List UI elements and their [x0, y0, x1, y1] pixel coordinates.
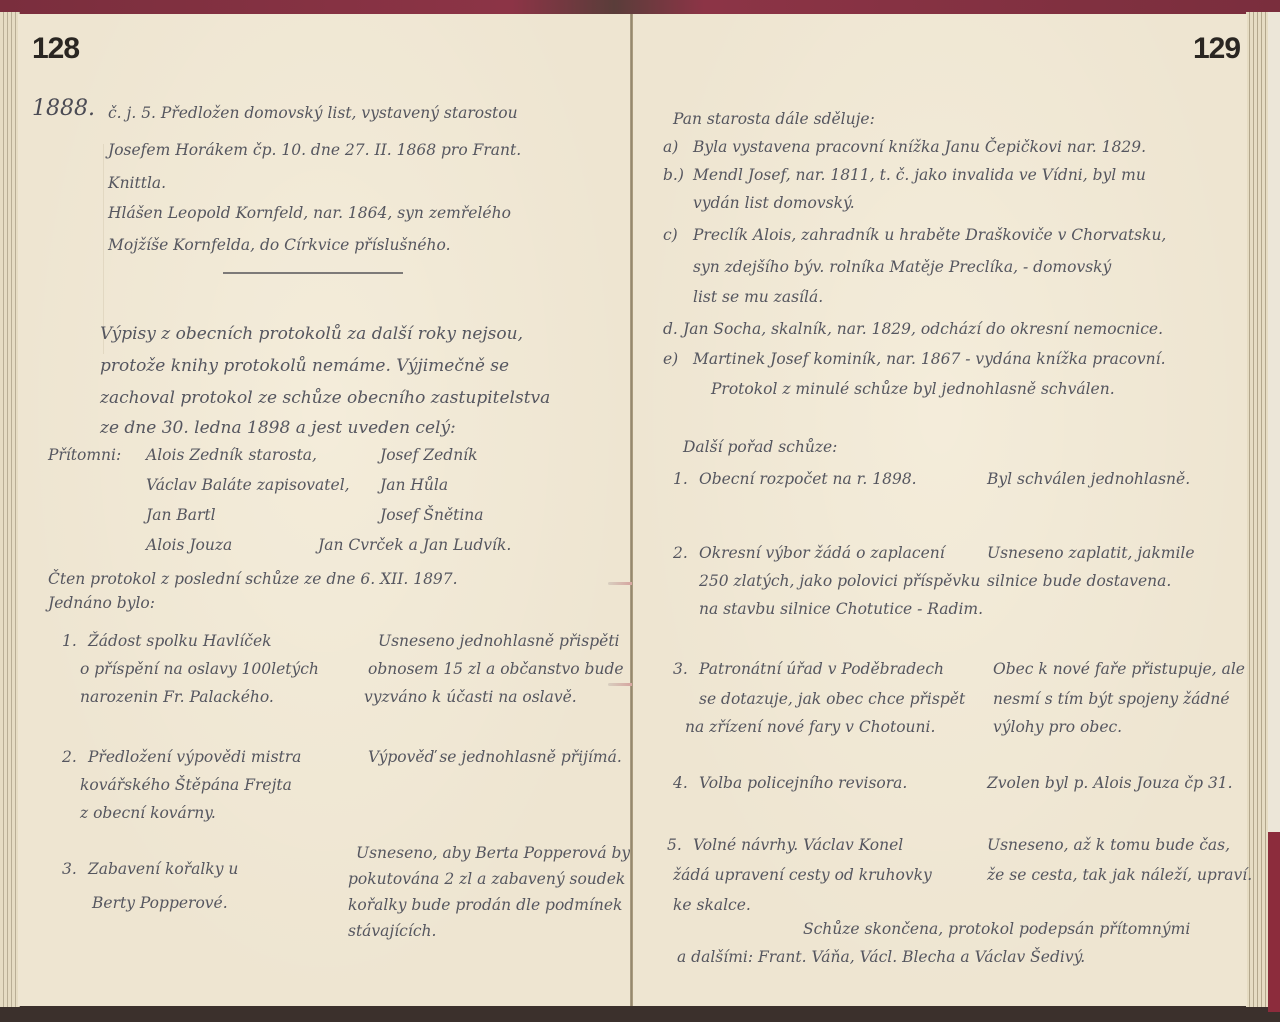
- section-divider: [223, 272, 403, 274]
- agenda-item: se dotazuje, jak obec chce přispět: [699, 690, 965, 708]
- agenda-resolution: Usneseno, až k tomu bude čas,: [987, 836, 1230, 854]
- attendee: Jan Bartl: [146, 506, 216, 524]
- attendee: Václav Baláte zapisovatel,: [146, 476, 350, 494]
- announcement-line: vydán list domovský.: [693, 194, 855, 212]
- announcement-line: Martinek Josef kominík, nar. 1867 - vydá…: [693, 350, 1166, 368]
- agenda-item: Žádost spolku Havlíček: [88, 632, 272, 650]
- closing-line: a dalšími: Frant. Váňa, Václ. Blecha a V…: [677, 948, 1085, 966]
- agenda-resolution: silnice bude dostavena.: [987, 572, 1171, 590]
- book-cover-bottom: [0, 1004, 1280, 1022]
- agenda-resolution: pokutována 2 zl a zabavený soudek: [348, 870, 625, 888]
- agenda-item: kovářského Štěpána Frejta: [80, 776, 292, 794]
- book-cover-top: [0, 0, 1280, 14]
- agenda-resolution: nesmí s tím být spojeny žádné: [993, 690, 1230, 708]
- agenda-number: 5.: [667, 836, 682, 854]
- agenda-item: Berty Popperové.: [92, 894, 228, 912]
- announcement-label: e): [663, 350, 678, 368]
- mayor-intro: Pan starosta dále sděluje:: [673, 110, 875, 128]
- attendee: Josef Šnětina: [380, 506, 484, 524]
- agenda-label: Další pořad schůze:: [683, 438, 837, 456]
- agenda-resolution: Zvolen byl p. Alois Jouza čp 31.: [987, 774, 1233, 792]
- agenda-item: žádá upravení cesty od kruhovky: [673, 866, 932, 884]
- intro-line: Výpisy z obecních protokolů za další rok…: [100, 324, 523, 344]
- agenda-number: 3.: [62, 860, 77, 878]
- agenda-item: na stavbu silnice Chotutice - Radim.: [699, 600, 983, 618]
- agenda-item: Volné návrhy. Václav Konel: [693, 836, 903, 854]
- agenda-resolution: Usneseno zaplatit, jakmile: [987, 544, 1195, 562]
- announcement-line: list se mu zasílá.: [693, 288, 823, 306]
- entry-line: Hlášen Leopold Kornfeld, nar. 1864, syn …: [108, 204, 511, 222]
- page-number-left: 128: [32, 32, 79, 66]
- agenda-number: 2.: [673, 544, 688, 562]
- entry-line: č. j. 5. Předložen domovský list, vystav…: [108, 104, 518, 122]
- entry-year: 1888.: [32, 96, 95, 121]
- agenda-resolution: Byl schválen jednohlasně.: [987, 470, 1190, 488]
- announcement-label: a): [663, 138, 678, 156]
- attendee: Josef Zedník: [380, 446, 478, 464]
- agenda-item: Předložení výpovědi mistra: [88, 748, 301, 766]
- left-page: 128 1888. č. j. 5. Předložen domovský li…: [18, 14, 631, 1006]
- agenda-item: z obecní kovárny.: [80, 804, 216, 822]
- announcement-line: Jan Socha, skalník, nar. 1829, odchází d…: [683, 320, 1163, 338]
- agenda-resolution: vyzváno k účasti na oslavě.: [364, 688, 577, 706]
- announcement-line: syn zdejšího býv. rolníka Matěje Preclík…: [693, 258, 1111, 276]
- agenda-number: 1.: [673, 470, 688, 488]
- protocol-approved: Protokol z minulé schůze byl jednohlasně…: [711, 380, 1115, 398]
- page-edges-left: [0, 12, 20, 1007]
- page-edges-right: [1246, 12, 1268, 1007]
- attendee: Jan Hůla: [380, 476, 448, 494]
- agenda-item: ke skalce.: [673, 896, 751, 914]
- agenda-resolution: Usneseno, aby Berta Popperová byla: [356, 844, 644, 862]
- right-page: 129 Pan starosta dále sděluje: a) Byla v…: [632, 14, 1247, 1006]
- entry-line: Josefem Horákem čp. 10. dne 27. II. 1868…: [108, 141, 521, 159]
- agenda-item: na zřízení nové fary v Chotouni.: [685, 718, 935, 736]
- agenda-item: Patronátní úřad v Poděbradech: [699, 660, 944, 678]
- agenda-resolution: stávajících.: [348, 922, 436, 940]
- agenda-resolution: Usneseno jednohlasně přispěti: [378, 632, 620, 650]
- agenda-number: 3.: [673, 660, 688, 678]
- read-protocol: Čten protokol z poslední schůze ze dne 6…: [48, 570, 458, 588]
- discussed-label: Jednáno bylo:: [48, 594, 155, 612]
- announcement-line: Mendl Josef, nar. 1811, t. č. jako inval…: [693, 166, 1146, 184]
- announcement-line: Byla vystavena pracovní knížka Janu Čepi…: [693, 138, 1146, 156]
- entry-line: Knittla.: [108, 174, 166, 192]
- attendee: Jan Cvrček a Jan Ludvík.: [318, 536, 511, 554]
- agenda-item: Volba policejního revisora.: [699, 774, 907, 792]
- agenda-number: 2.: [62, 748, 77, 766]
- announcement-label: d.: [663, 320, 678, 338]
- agenda-item: o příspění na oslavy 100letých: [80, 660, 319, 678]
- agenda-resolution: výlohy pro obec.: [993, 718, 1122, 736]
- agenda-resolution: Výpověď se jednohlasně přijímá.: [368, 748, 622, 766]
- agenda-item: Okresní výbor žádá o zaplacení: [699, 544, 945, 562]
- attendee: Alois Jouza: [146, 536, 232, 554]
- announcement-line: Preclík Alois, zahradník u hraběte Drašk…: [693, 226, 1166, 244]
- intro-line: protože knihy protokolů nemáme. Výjimečn…: [100, 356, 509, 376]
- page-number-right: 129: [1193, 32, 1240, 66]
- agenda-item: narozenin Fr. Palackého.: [80, 688, 274, 706]
- agenda-resolution: obnosem 15 zl a občanstvo bude: [368, 660, 624, 678]
- margin-line: [103, 144, 104, 354]
- agenda-resolution: kořalky bude prodán dle podmínek: [348, 896, 622, 914]
- agenda-item: Zabavení kořalky u: [88, 860, 238, 878]
- closing-line: Schůze skončena, protokol podepsán příto…: [803, 920, 1190, 938]
- agenda-number: 1.: [62, 632, 77, 650]
- announcement-label: c): [663, 226, 678, 244]
- attendee: Alois Zedník starosta,: [146, 446, 317, 464]
- book-cover-right: [1268, 12, 1280, 1012]
- agenda-resolution: Obec k nové faře přistupuje, ale: [993, 660, 1245, 678]
- attendance-label: Přítomni:: [48, 446, 121, 464]
- agenda-number: 4.: [673, 774, 688, 792]
- entry-line: Mojžíše Kornfelda, do Církvice příslušné…: [108, 236, 451, 254]
- agenda-resolution: že se cesta, tak jak náleží, upraví.: [987, 866, 1252, 884]
- intro-line: zachoval protokol ze schůze obecního zas…: [100, 388, 550, 408]
- agenda-item: 250 zlatých, jako polovici příspěvku: [699, 572, 980, 590]
- announcement-label: b.): [663, 166, 684, 184]
- agenda-item: Obecní rozpočet na r. 1898.: [699, 470, 917, 488]
- intro-line: ze dne 30. ledna 1898 a jest uveden celý…: [100, 418, 456, 438]
